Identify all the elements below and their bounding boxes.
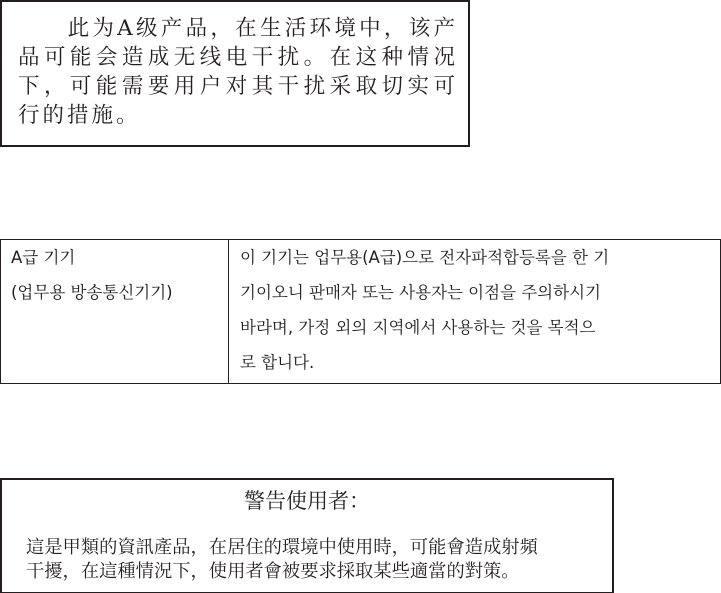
warning-body: 這是甲類的資訊產品，在居住的環境中使用時，可能會造成射頻 干擾，在這種情況下，使… xyxy=(26,536,596,584)
traditional-chinese-notice-box: 警告使用者： 這是甲類的資訊產品，在居住的環境中使用時，可能會造成射頻 干擾，在… xyxy=(0,478,614,593)
warning-line: 這是甲類的資訊產品，在居住的環境中使用時，可能會造成射頻 xyxy=(26,536,596,560)
device-class-description: (업무용 방송통신기기) xyxy=(11,281,173,305)
korean-notice-line: 기이오니 판매자 또는 사용자는 이점을 주의하시기 xyxy=(240,281,601,305)
warning-line: 干擾，在這種情況下，使用者會被要求採取某些適當的對策。 xyxy=(26,560,596,584)
korean-notice-line: 로 합니다. xyxy=(240,351,314,375)
korean-notice-line: 바라며, 가정 외의 지역에서 사용하는 것을 목적으 xyxy=(240,316,596,340)
device-class-label: A급 기기 xyxy=(11,246,75,270)
korean-notice-table: A급 기기 (업무용 방송통신기기) 이 기기는 업무용(A급)으로 전자파적합… xyxy=(0,239,721,384)
simplified-chinese-notice-text: 此为A级产品，在生活环境中，该产品可能会造成无线电干扰。在这种情况下，可能需要用… xyxy=(18,14,458,130)
korean-notice-text-cell: 이 기기는 업무용(A급)으로 전자파적합등록을 한 기 기이오니 판매자 또는… xyxy=(229,240,720,383)
simplified-chinese-notice-box: 此为A级产品，在生活环境中，该产品可能会造成无线电干扰。在这种情况下，可能需要用… xyxy=(0,0,470,147)
warning-title: 警告使用者： xyxy=(2,486,612,516)
korean-notice-line: 이 기기는 업무용(A급)으로 전자파적합등록을 한 기 xyxy=(240,246,609,270)
korean-device-class-cell: A급 기기 (업무용 방송통신기기) xyxy=(1,240,229,383)
